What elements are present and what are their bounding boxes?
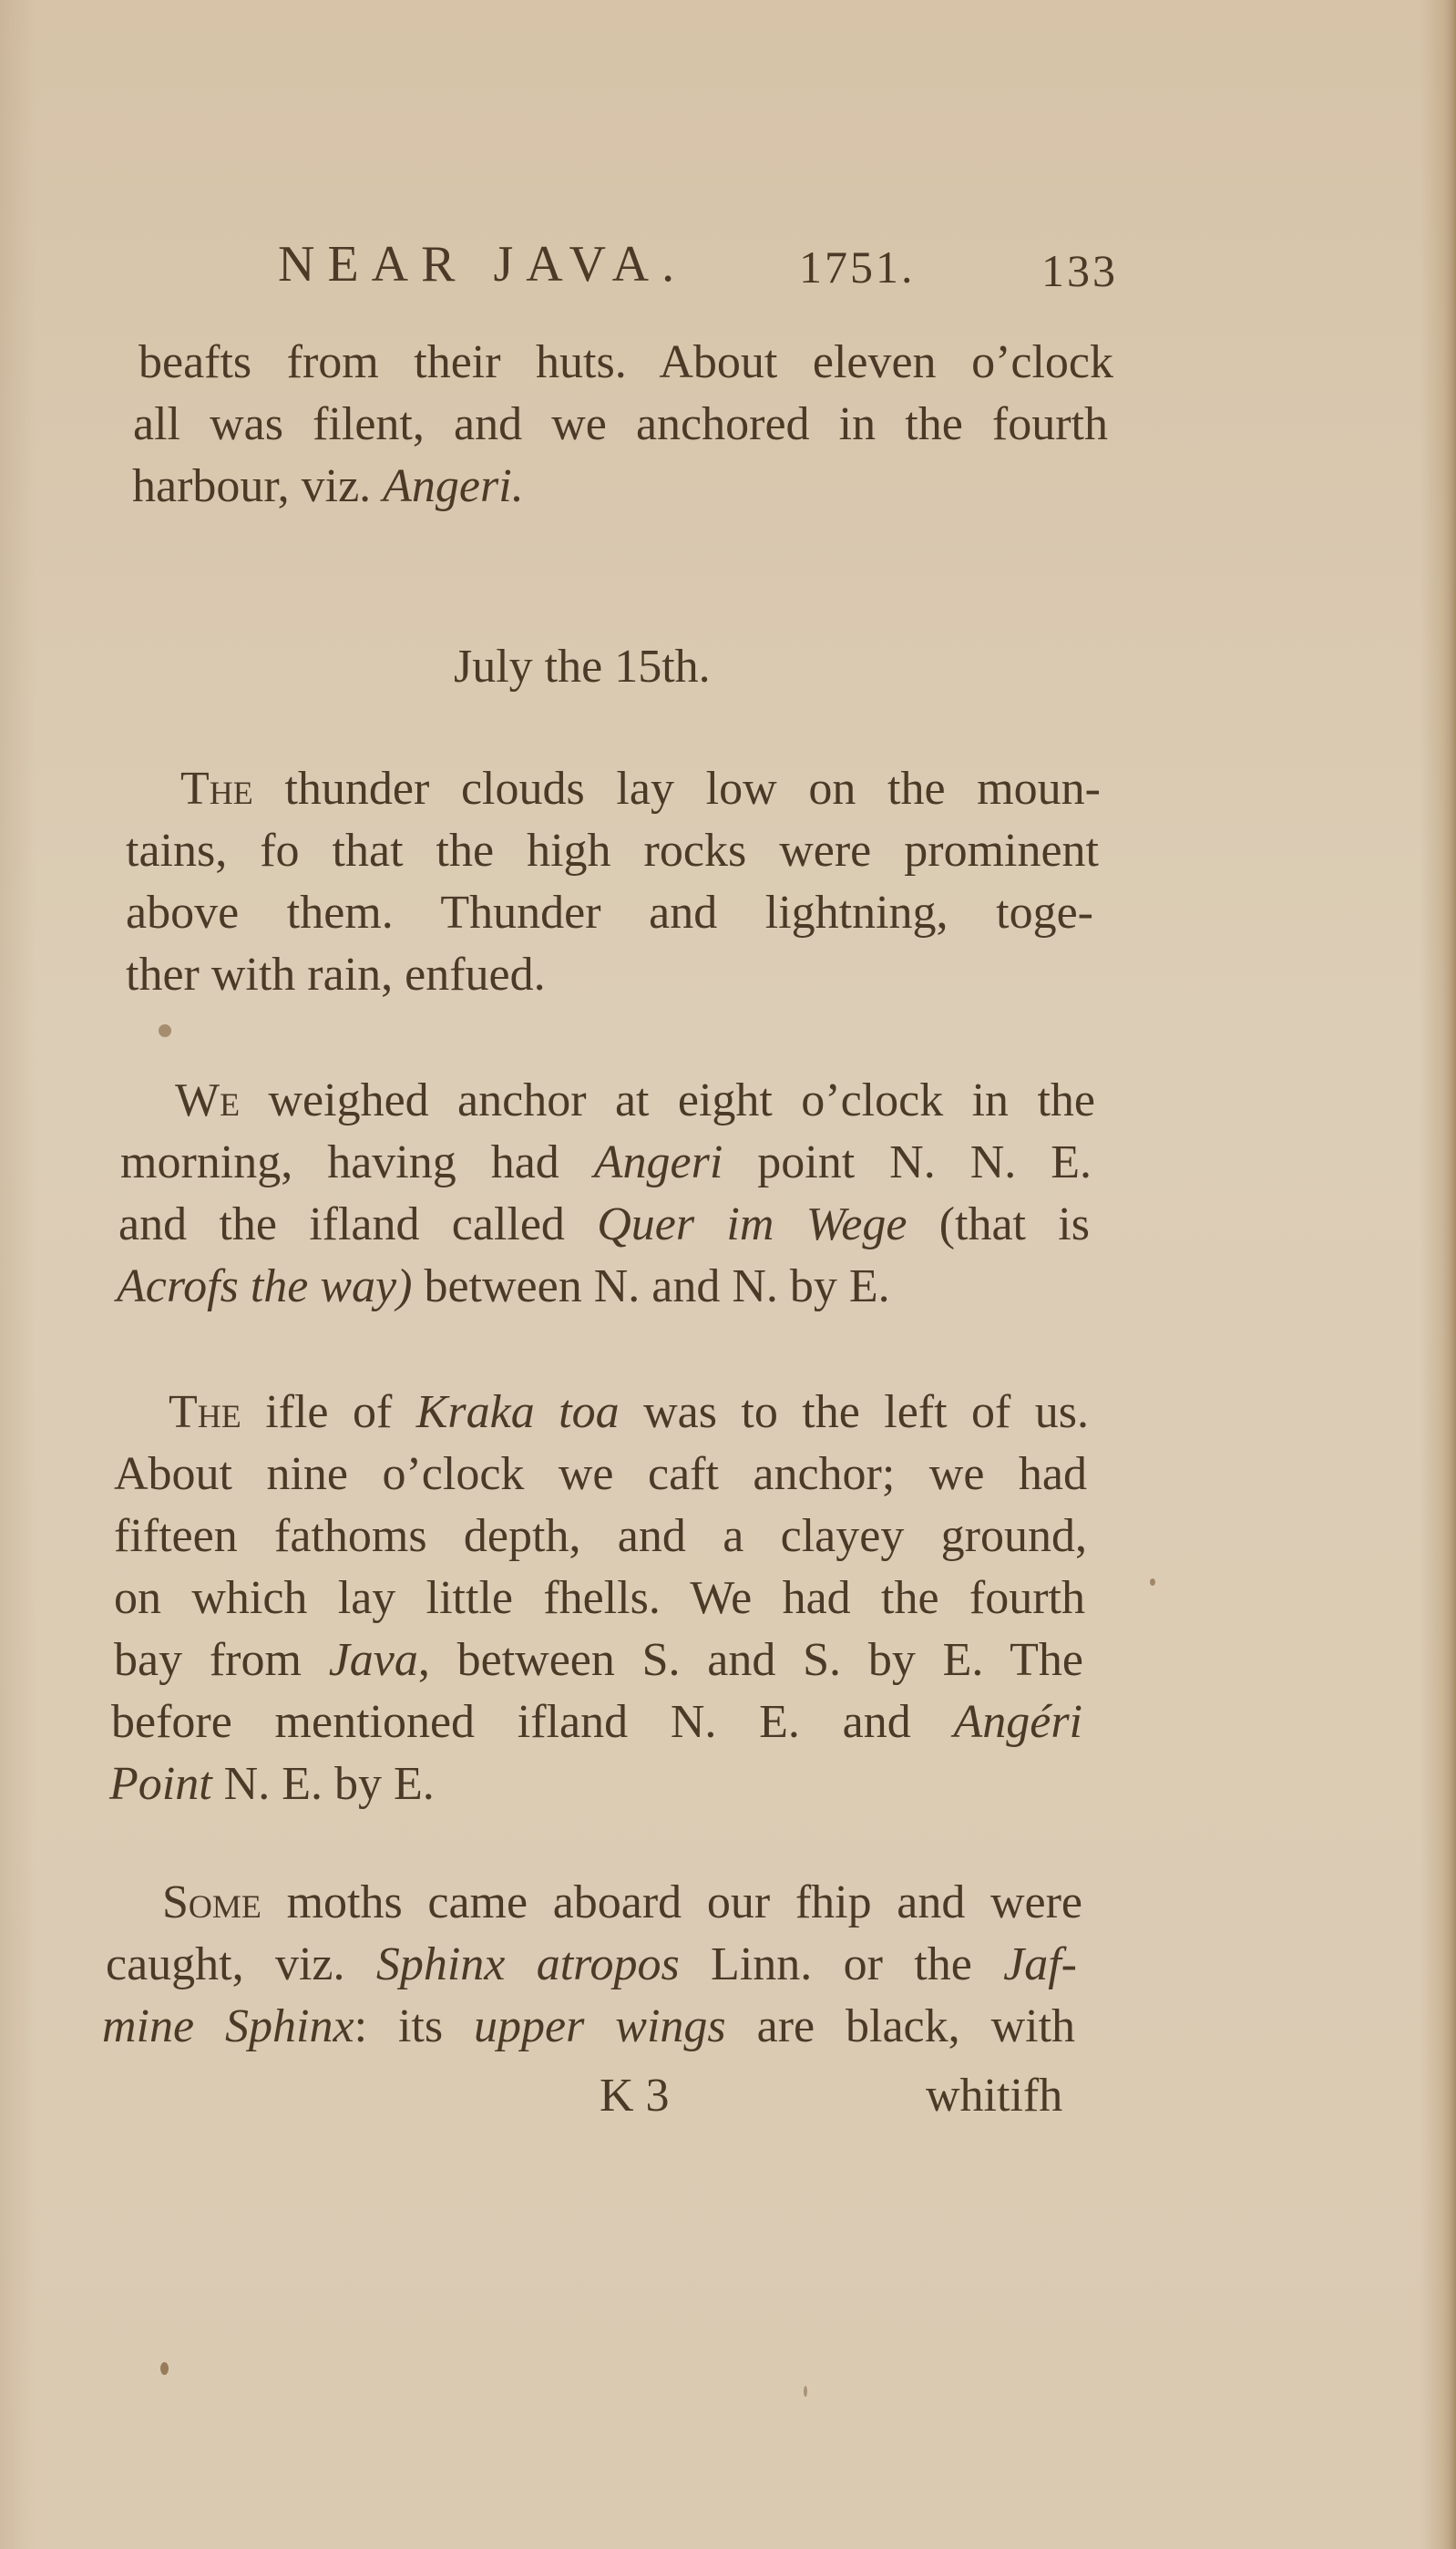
text-line: harbour, viz. Angeri.	[132, 463, 524, 510]
page-number: 133	[1041, 244, 1118, 297]
paper-speck	[1150, 1578, 1155, 1586]
date-heading: July the 15th.	[454, 640, 711, 694]
text-line: Acrofs the way) between N. and N. by E.	[117, 1263, 890, 1310]
text-line: on which lay little fhells. We had the f…	[114, 1575, 1085, 1622]
text-line: About nine o’clock we caft anchor; we ha…	[114, 1451, 1087, 1498]
text-line: The thunder clouds lay low on the moun-	[180, 766, 1101, 813]
book-page: NEAR JAVA. 1751. 133 beafts from their h…	[0, 0, 1456, 2549]
text-line: tains, fo that the high rocks were promi…	[126, 827, 1099, 875]
paper-speck	[159, 1024, 171, 1037]
text-line: caught, viz. Sphinx atropos Linn. or the…	[106, 1941, 1077, 1989]
text-line: all was filent, and we anchored in the f…	[133, 401, 1108, 448]
text-line: bay from Java, between S. and S. by E. T…	[114, 1637, 1083, 1684]
catchword: whitifh	[926, 2069, 1062, 2122]
text-line: We weighed anchor at eight o’clock in th…	[175, 1077, 1095, 1125]
running-head-title: NEAR JAVA.	[278, 235, 687, 293]
text-line: Point N. E. by E.	[109, 1761, 435, 1808]
text-line: ther with rain, enfued.	[126, 951, 546, 999]
text-line: morning, having had Angeri point N. N. E…	[120, 1139, 1092, 1187]
text-line: mine Sphinx: its upper wings are black, …	[102, 2003, 1075, 2051]
text-line: before mentioned ifland N. E. and Angéri	[111, 1699, 1082, 1746]
text-line: beafts from their huts. About eleven o’c…	[138, 339, 1113, 386]
text-line: above them. Thunder and lightning, toge-	[126, 889, 1093, 937]
text-line: and the ifland called Quer im Wege (that…	[118, 1201, 1090, 1249]
text-line: The ifle of Kraka toa was to the left of…	[169, 1389, 1089, 1436]
text-line: Some moths came aboard our fhip and were	[162, 1879, 1082, 1927]
text-line: fifteen fathoms depth, and a clayey grou…	[114, 1513, 1087, 1560]
running-head-year: 1751.	[799, 241, 916, 293]
paper-speck	[804, 2386, 807, 2397]
signature-mark: K 3	[600, 2069, 670, 2122]
paper-speck	[160, 2362, 169, 2375]
place-name: Angeri.	[383, 460, 524, 512]
running-head: NEAR JAVA. 1751. 133	[278, 235, 1125, 308]
